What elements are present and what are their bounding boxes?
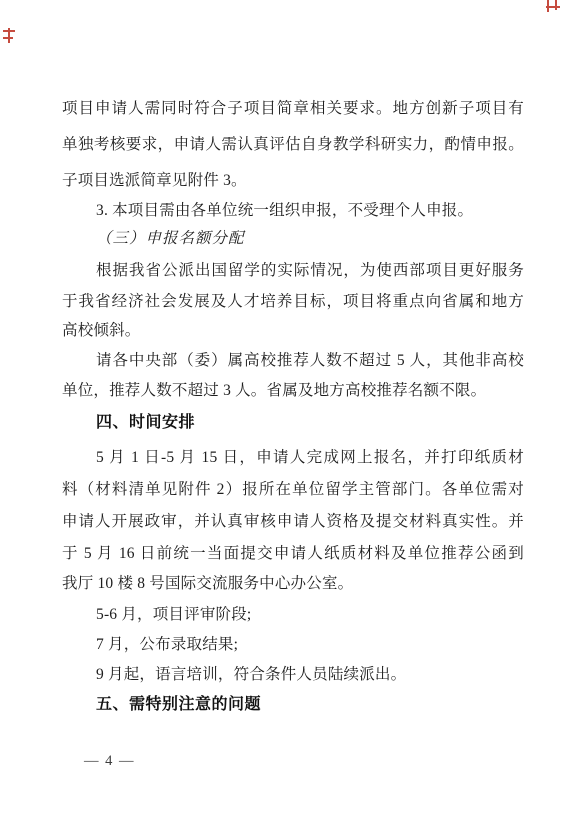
- body-line: 申请人开展政审，并认真审核申请人资格及提交材料真实性。并: [62, 513, 524, 532]
- body-line: 单位，推荐人数不超过 3 人。省属及地方高校推荐名额不限。: [62, 382, 524, 401]
- body-line: 根据我省公派出国留学的实际情况，为使西部项目更好服务: [62, 262, 524, 281]
- red-stamp-fragment-icon: [3, 27, 18, 49]
- section-heading-5: 五、需特别注意的问题: [62, 695, 524, 715]
- subsection-heading: （三）申报名额分配: [62, 230, 524, 249]
- body-line: 我厅 10 楼 8 号国际交流服务中心办公室。: [62, 575, 524, 594]
- body-line: 料（材料清单见附件 2）报所在单位留学主管部门。各单位需对: [62, 481, 524, 500]
- red-stamp-fragment-icon: [546, 0, 563, 19]
- body-line: 于我省经济社会发展及人才培养目标，项目将重点向省属和地方: [62, 293, 524, 312]
- body-line: 项目申请人需同时符合子项目简章相关要求。地方创新子项目有: [62, 100, 524, 119]
- timeline-item: 9 月起，语言培训，符合条件人员陆续派出。: [62, 666, 524, 685]
- body-line: 5 月 1 日-5 月 15 日，申请人完成网上报名，并打印纸质材: [62, 449, 524, 468]
- numbered-item-3: 3. 本项目需由各单位统一组织申报，不受理个人申报。: [62, 202, 524, 221]
- body-line: 请各中央部（委）属高校推荐人数不超过 5 人，其他非高校: [62, 352, 524, 371]
- body-line: 高校倾斜。: [62, 322, 524, 341]
- body-line: 于 5 月 16 日前统一当面提交申请人纸质材料及单位推荐公函到: [62, 545, 524, 564]
- timeline-item: 5-6 月，项目评审阶段;: [62, 606, 524, 625]
- body-line: 单独考核要求，申请人需认真评估自身教学科研实力，酌情申报。: [62, 136, 524, 155]
- section-heading-4: 四、时间安排: [62, 413, 524, 433]
- timeline-item: 7 月，公布录取结果;: [62, 636, 524, 655]
- body-line: 子项目选派简章见附件 3。: [62, 172, 524, 191]
- page-number: — 4 —: [84, 753, 135, 770]
- document-page: 项目申请人需同时符合子项目简章相关要求。地方创新子项目有 单独考核要求，申请人需…: [0, 0, 584, 838]
